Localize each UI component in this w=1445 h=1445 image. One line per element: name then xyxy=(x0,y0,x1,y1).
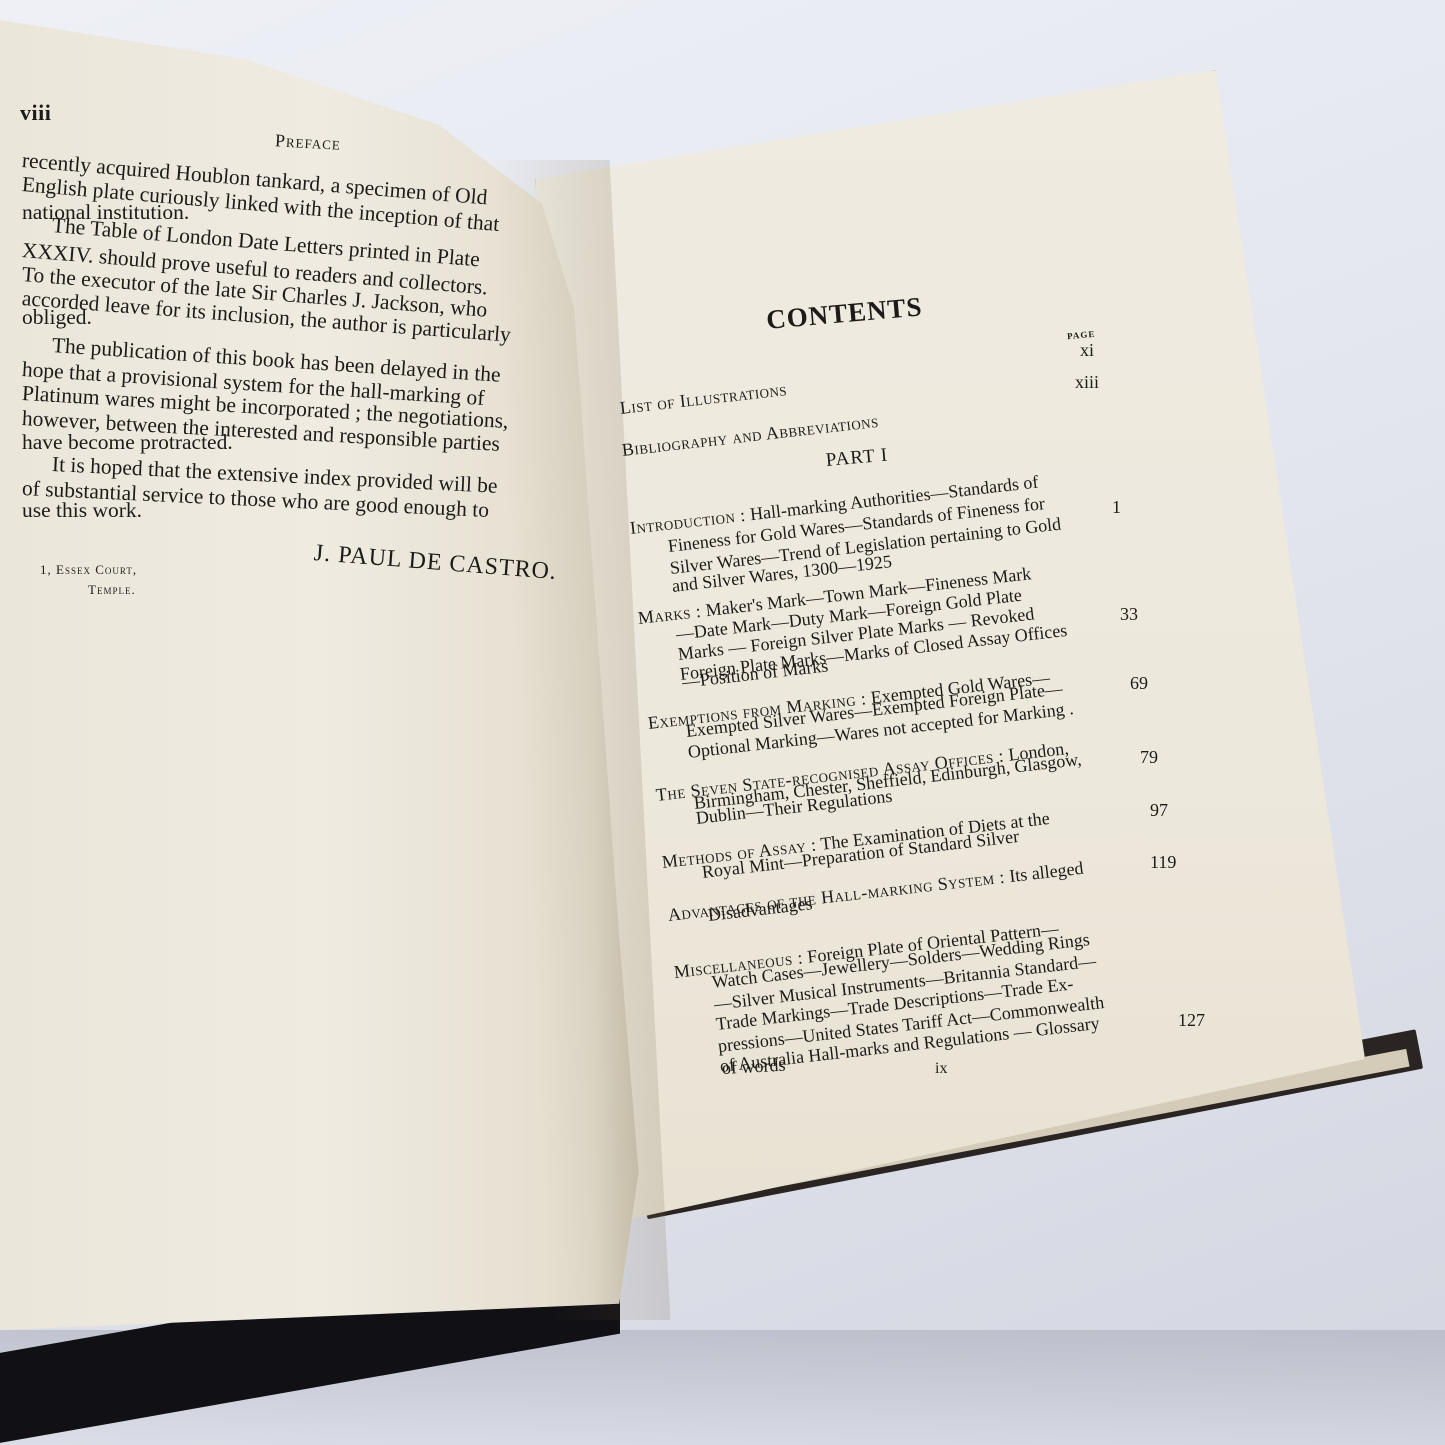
running-head: Preface xyxy=(274,130,341,154)
toc-page-number: 127 xyxy=(1178,1010,1205,1031)
toc-page-number: 97 xyxy=(1150,800,1168,821)
page-number-left: viii xyxy=(20,100,51,126)
toc-page-number: 33 xyxy=(1120,604,1138,625)
preface-line: use this work. xyxy=(22,498,142,523)
photo-scene: viii Preface recently acquired Houblon t… xyxy=(0,0,1445,1445)
toc-page-number: 79 xyxy=(1140,747,1158,768)
preface-line: obliged. xyxy=(22,305,92,330)
toc-entry-text: of words xyxy=(721,1055,786,1079)
page-number-right: ix xyxy=(935,1060,947,1078)
toc-page-number: 1 xyxy=(1112,497,1121,518)
toc-page-number: 119 xyxy=(1150,852,1176,873)
address-line: 1, Essex Court, xyxy=(40,562,137,578)
toc-page-number: xiii xyxy=(1075,372,1099,393)
toc-page-number: xi xyxy=(1080,340,1094,361)
address-line: Temple. xyxy=(88,582,136,598)
toc-page-number: 69 xyxy=(1130,673,1148,694)
